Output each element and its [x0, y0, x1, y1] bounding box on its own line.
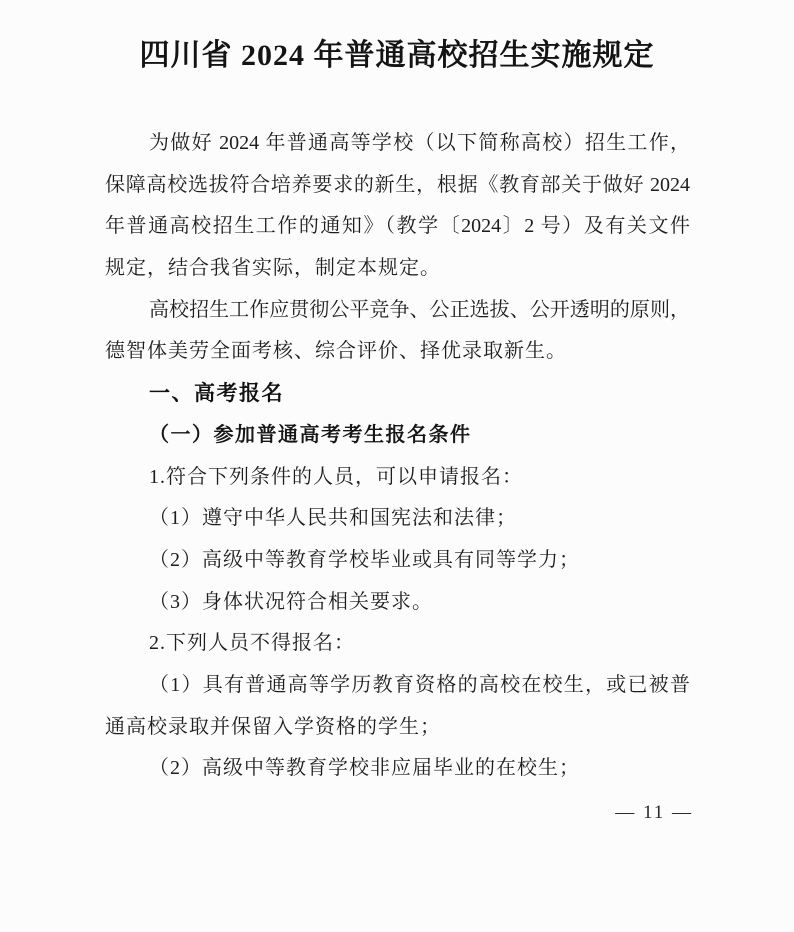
doc-line: 保障高校选拔符合培养要求的新生，根据《教育部关于做好 2024: [105, 165, 690, 207]
doc-line: 德智体美劳全面考核、综合评价、择优录取新生。: [105, 331, 690, 373]
page-title: 四川省 2024 年普通高校招生实施规定: [0, 30, 794, 74]
subsection-heading: （一）参加普通高考考生报名条件: [105, 415, 690, 457]
document-page: 四川省 2024 年普通高校招生实施规定 为做好 2024 年普通高等学校（以下…: [0, 0, 794, 932]
doc-line: （1）具有普通高等学历教育资格的高校在校生，或已被普: [105, 665, 690, 707]
doc-line: 年普通高校招生工作的通知》（教学〔2024〕2 号）及有关文件: [105, 206, 690, 248]
doc-line: （1）遵守中华人民共和国宪法和法律；: [105, 498, 690, 540]
page-number: — 11 —: [615, 802, 693, 824]
doc-line: （2）高级中等教育学校毕业或具有同等学力；: [105, 540, 690, 582]
section-heading: 一、高考报名: [105, 373, 690, 415]
doc-line: 2.下列人员不得报名：: [105, 623, 690, 665]
doc-line: （3）身体状况符合相关要求。: [105, 582, 690, 624]
document-body: 为做好 2024 年普通高等学校（以下简称高校）招生工作， 保障高校选拔符合培养…: [105, 123, 690, 790]
doc-line: （2）高级中等教育学校非应届毕业的在校生；: [105, 748, 690, 790]
doc-line: 规定，结合我省实际，制定本规定。: [105, 248, 690, 290]
doc-line: 通高校录取并保留入学资格的学生；: [105, 707, 690, 749]
doc-line: 为做好 2024 年普通高等学校（以下简称高校）招生工作，: [105, 123, 690, 165]
doc-line: 高校招生工作应贯彻公平竞争、公正选拔、公开透明的原则，: [105, 290, 690, 332]
doc-line: 1.符合下列条件的人员，可以申请报名：: [105, 457, 690, 499]
